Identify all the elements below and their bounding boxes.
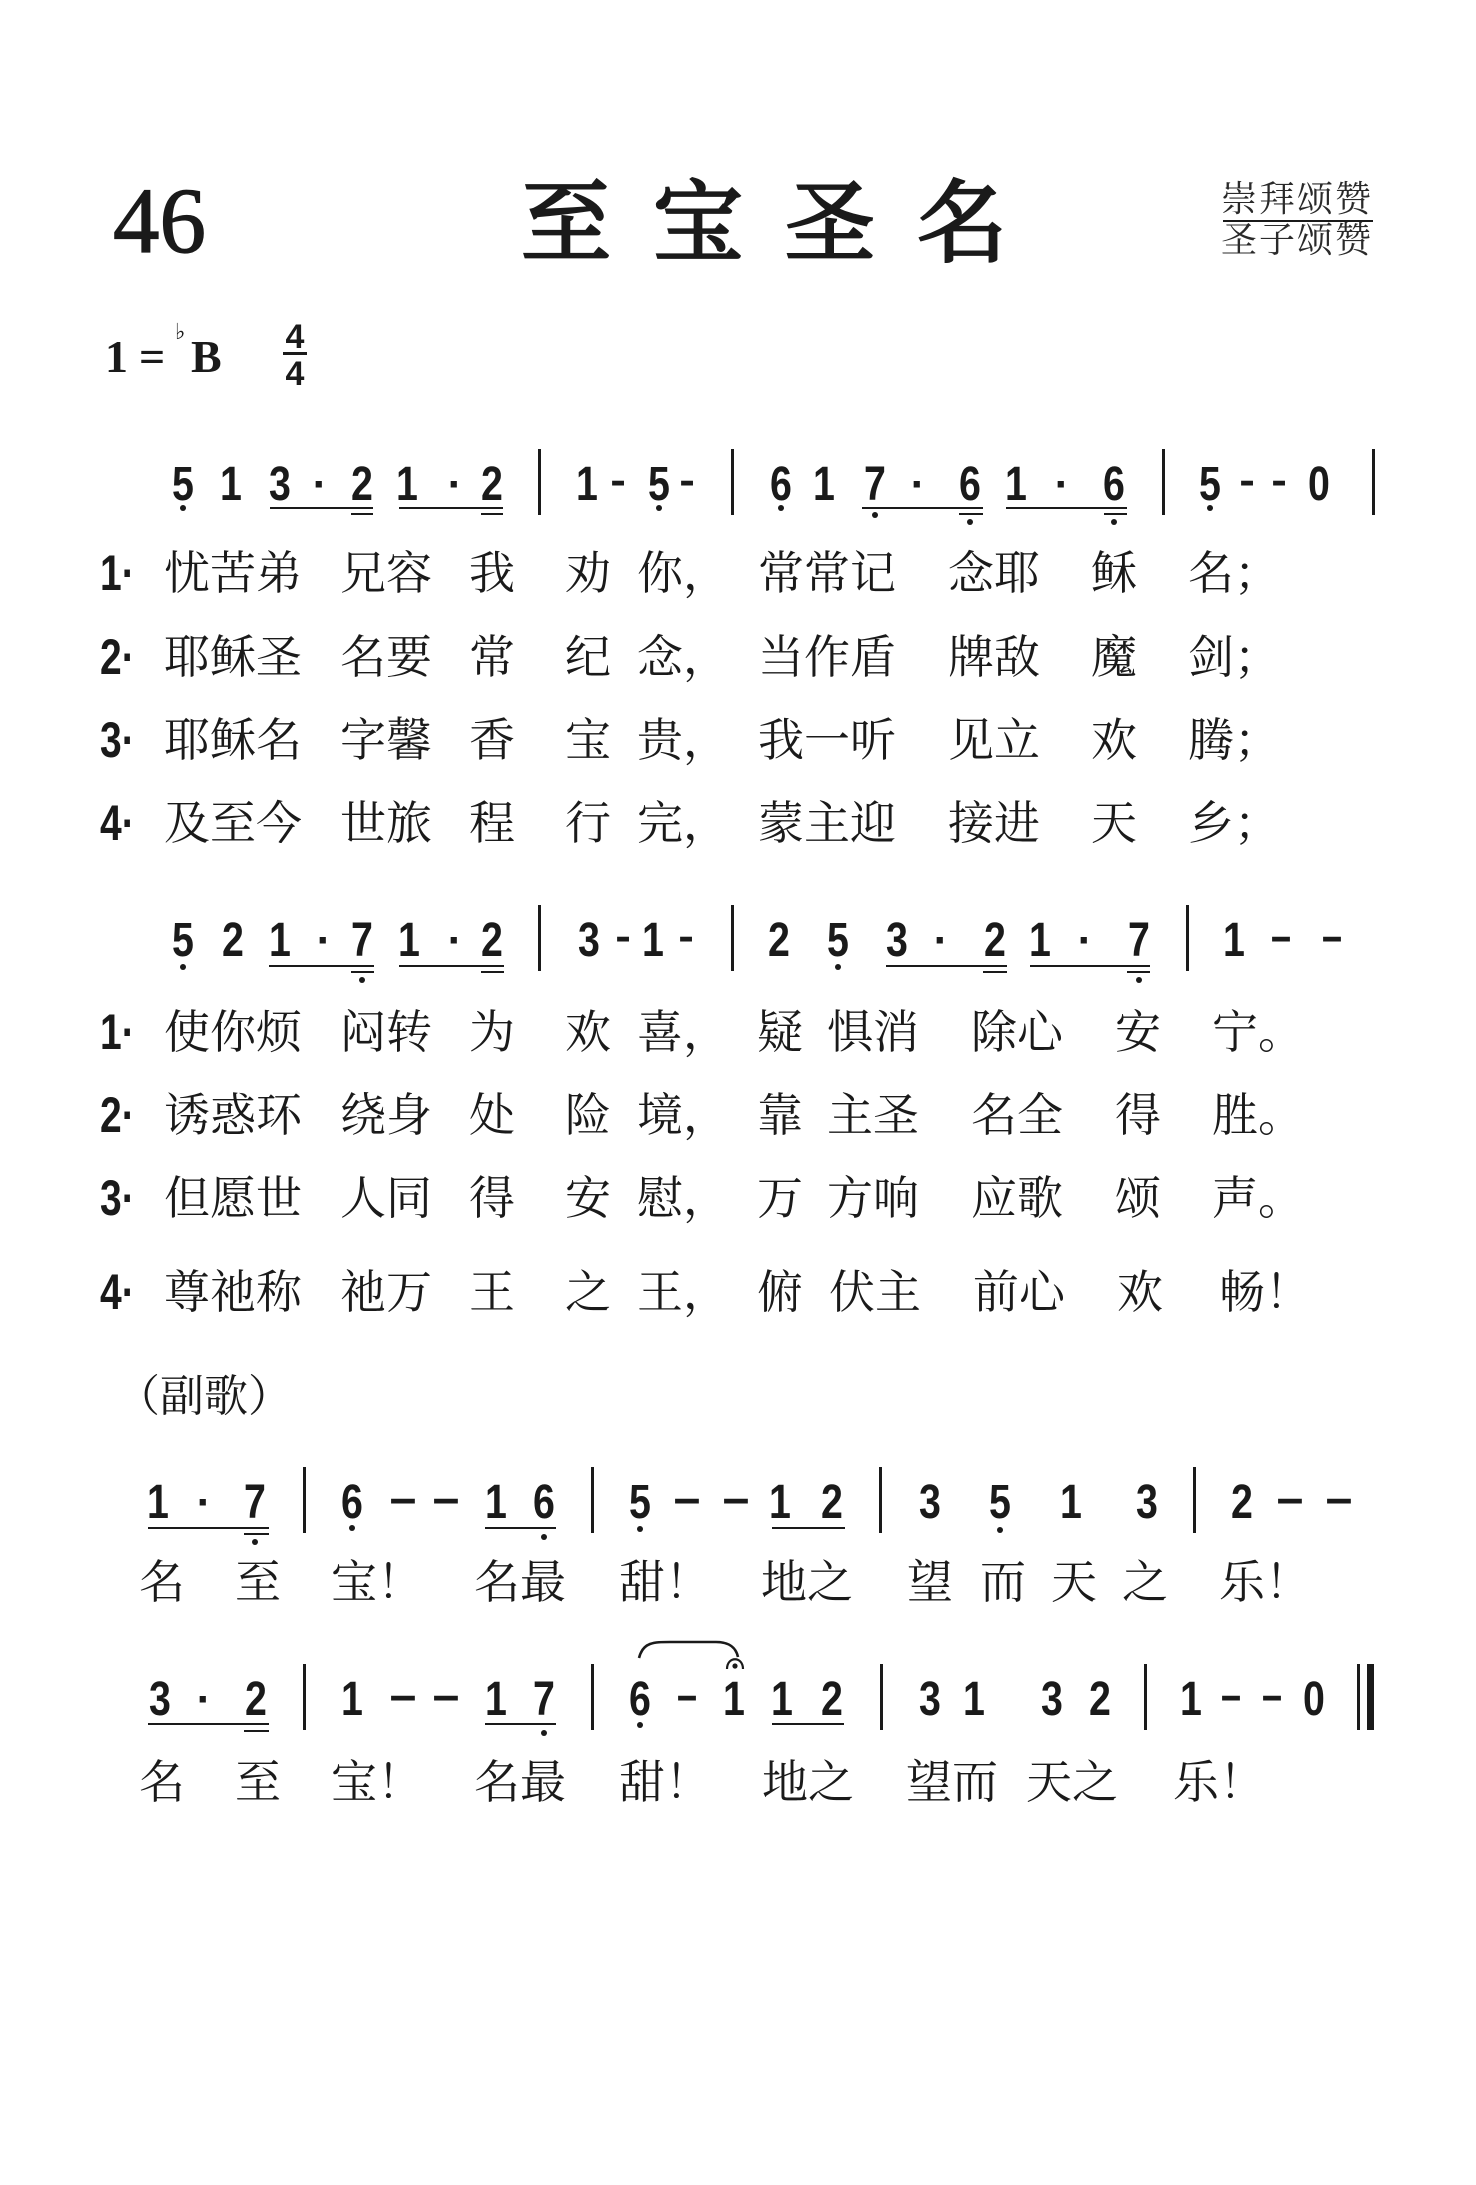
dash: – xyxy=(1261,1672,1284,1720)
lyric-word: 名 xyxy=(139,1559,185,1605)
hymn-number: 46 xyxy=(113,175,206,268)
source-primary: 崇拜颂赞 xyxy=(1221,182,1373,218)
lyric-word: 宁。 xyxy=(1212,1009,1304,1055)
lyric-word: 除心 xyxy=(971,1009,1063,1055)
note: 1 xyxy=(575,461,600,509)
lyric-word: 欢 xyxy=(565,1009,611,1055)
lyric-word: 名 xyxy=(139,1759,185,1805)
dash: – xyxy=(616,913,631,961)
notation-row-chorus-1: 1 · 7 6 – – 1 6 5 – – 1 2 3 5 1 3 2 – – xyxy=(0,1479,1476,1527)
lyric-word: 香 xyxy=(469,717,515,763)
lyric-word: 耶稣圣 xyxy=(164,634,302,680)
note: 1 xyxy=(395,461,420,509)
lyric-word: 名最 xyxy=(474,1559,566,1605)
lyric-word: 俯 xyxy=(757,1269,803,1315)
sixteenth-underline xyxy=(244,1730,269,1732)
eighth-underline xyxy=(399,507,503,509)
note: 2 xyxy=(1088,1676,1113,1724)
lyric-word: 惧消 xyxy=(827,1009,919,1055)
lyric-word: 宝！ xyxy=(331,1559,423,1605)
note: 1 xyxy=(1222,917,1247,965)
low-octave-dot xyxy=(637,1722,643,1728)
lyric-word: 应歌 xyxy=(971,1175,1063,1221)
lyric-word: 牌敌 xyxy=(948,634,1040,680)
lyric-word: 字馨 xyxy=(340,717,432,763)
note: 3 xyxy=(577,917,602,965)
lyric-word: 甜！ xyxy=(619,1759,711,1805)
low-octave-dot xyxy=(359,977,365,983)
lyric-word: 得 xyxy=(1115,1092,1161,1138)
lyric-line-verse-3: 3· 但愿世 人同 得 安 慰， 万 方响 应歌 颂 声。 xyxy=(0,1175,1476,1221)
barline xyxy=(303,1664,306,1730)
verse-number: 2· xyxy=(100,632,135,682)
barline xyxy=(731,905,734,971)
low-octave-dot xyxy=(656,505,662,511)
dash: – xyxy=(431,1475,461,1523)
note: 5 xyxy=(826,917,851,965)
lyric-word: 忧苦弟 xyxy=(164,550,302,596)
augmentation-dot: · xyxy=(1070,917,1100,965)
eighth-underline xyxy=(399,965,504,967)
key-do: 1 xyxy=(105,334,128,380)
dash: – xyxy=(676,1672,699,1720)
notation-row-verse-1: 5 1 3 · 2 1 · 2 1 – 5 – 6 1 7 · 6 1 · 6 … xyxy=(0,461,1476,509)
lyric-word: 稣 xyxy=(1091,550,1137,596)
dash: – xyxy=(679,913,694,961)
eighth-underline xyxy=(772,1723,844,1725)
barline xyxy=(1186,905,1189,971)
note: 1 xyxy=(768,1479,793,1527)
lyric-line-chorus-2: 名 至 宝！ 名最 甜！ 地之 望而 天之 乐！ xyxy=(0,1759,1476,1805)
low-octave-dot xyxy=(180,505,186,511)
lyric-word: 安 xyxy=(565,1175,611,1221)
lyric-word: 甜！ xyxy=(619,1559,711,1605)
low-octave-dot xyxy=(1207,505,1213,511)
barline xyxy=(303,1467,306,1533)
lyric-word: 我 xyxy=(469,550,515,596)
low-octave-dot xyxy=(349,1525,355,1531)
lyric-word: 名全 xyxy=(971,1092,1063,1138)
note: 7 xyxy=(350,917,375,965)
dash: – xyxy=(431,1672,461,1720)
lyric-word: 望 xyxy=(907,1559,953,1605)
lyric-word: 乡； xyxy=(1188,800,1280,846)
lyric-line-verse-2: 2· 诱惑环 绕身 处 险 境， 靠 主圣 名全 得 胜。 xyxy=(0,1092,1476,1138)
sixteenth-underline xyxy=(481,971,504,973)
lyric-word: 腾； xyxy=(1188,717,1280,763)
note: 7 xyxy=(243,1479,268,1527)
verse-number: 3· xyxy=(100,715,135,765)
eighth-underline xyxy=(886,965,1007,967)
barline xyxy=(1193,1467,1196,1533)
note: 3 xyxy=(918,1676,943,1724)
dash: – xyxy=(1324,1475,1354,1523)
note: 5 xyxy=(988,1479,1013,1527)
lyric-word: 前心 xyxy=(973,1269,1065,1315)
lyric-word: 名； xyxy=(1188,550,1280,596)
lyric-word: 见立 xyxy=(948,717,1040,763)
lyric-line-verse-3: 3· 耶稣名 字馨 香 宝 贵， 我一听 见立 欢 腾； xyxy=(0,717,1476,763)
note: 2 xyxy=(480,917,505,965)
note: 1 xyxy=(397,917,422,965)
final-barline-thin xyxy=(1357,1664,1360,1730)
note: 1 xyxy=(219,461,244,509)
time-denominator: 4 xyxy=(283,357,307,391)
dash: – xyxy=(1240,457,1255,505)
sixteenth-underline xyxy=(481,513,503,515)
dash: – xyxy=(1270,913,1293,961)
low-octave-dot xyxy=(541,1730,547,1736)
low-octave-dot xyxy=(997,1527,1003,1533)
low-octave-dot xyxy=(541,1534,547,1540)
lyric-line-chorus-1: 名 至 宝！ 名最 甜！ 地之 望 而 天 之 乐！ xyxy=(0,1559,1476,1605)
lyric-line-verse-4: 4· 尊祂称 祂万 王 之 王， 俯 伏主 前心 欢 畅！ xyxy=(0,1269,1476,1315)
lyric-word: 处 xyxy=(469,1092,515,1138)
lyric-word: 欢 xyxy=(1091,717,1137,763)
lyric-word: 天之 xyxy=(1026,1759,1118,1805)
augmentation-dot: · xyxy=(1047,461,1077,509)
lyric-word: 常 xyxy=(469,634,515,680)
sixteenth-underline xyxy=(959,513,983,515)
note: 3 xyxy=(885,917,910,965)
dash: – xyxy=(388,1672,418,1720)
lyric-word: 耶稣名 xyxy=(164,717,302,763)
lyric-word: 我一听 xyxy=(758,717,896,763)
dash: – xyxy=(672,1475,702,1523)
note: 3 xyxy=(148,1676,173,1724)
sixteenth-underline xyxy=(351,513,373,515)
barline xyxy=(538,905,541,971)
barline xyxy=(591,1467,594,1533)
eighth-underline xyxy=(270,507,373,509)
lyric-word: 接进 xyxy=(948,800,1040,846)
note: 6 xyxy=(958,461,983,509)
note: 2 xyxy=(820,1676,845,1724)
note: 3 xyxy=(918,1479,943,1527)
augmentation-dot: · xyxy=(903,461,933,509)
lyric-word: 乐！ xyxy=(1173,1759,1265,1805)
barline xyxy=(731,449,734,515)
lyric-word: 颂 xyxy=(1115,1175,1161,1221)
dash: – xyxy=(1220,1672,1243,1720)
note: 1 xyxy=(812,461,837,509)
lyric-line-verse-1: 1· 使你烦 闷转 为 欢 喜， 疑 惧消 除心 安 宁。 xyxy=(0,1009,1476,1055)
verse-number: 4· xyxy=(100,798,135,848)
note: 1 xyxy=(146,1479,171,1527)
lyric-word: 至 xyxy=(235,1559,281,1605)
note: 7 xyxy=(532,1676,557,1724)
lyric-word: 魔 xyxy=(1091,634,1137,680)
sixteenth-underline xyxy=(351,971,374,973)
lyric-word: 境， xyxy=(637,1092,729,1138)
sixteenth-underline xyxy=(1104,513,1127,515)
note-with-fermata: 1 xyxy=(722,1676,747,1724)
low-octave-dot xyxy=(1136,977,1142,983)
eighth-underline xyxy=(485,1527,556,1529)
barline xyxy=(591,1664,594,1730)
dash: – xyxy=(1275,1475,1305,1523)
lyric-word: 祂万 xyxy=(340,1269,432,1315)
lyric-word: 闷转 xyxy=(340,1009,432,1055)
eighth-underline xyxy=(148,1723,269,1725)
low-octave-dot xyxy=(967,519,973,525)
lyric-word: 名要 xyxy=(340,634,432,680)
lyric-line-verse-2: 2· 耶稣圣 名要 常 纪 念， 当作盾 牌敌 魔 剑； xyxy=(0,634,1476,680)
lyric-word: 纪 xyxy=(565,634,611,680)
lyric-word: 万 xyxy=(757,1175,803,1221)
sixteenth-underline xyxy=(244,1533,269,1535)
low-octave-dot xyxy=(1111,519,1117,525)
lyric-word: 行 xyxy=(565,800,611,846)
lyric-word: 程 xyxy=(469,800,515,846)
eighth-underline xyxy=(148,1527,269,1529)
dash: – xyxy=(388,1475,418,1523)
eighth-underline xyxy=(1006,507,1127,509)
note: 2 xyxy=(820,1479,845,1527)
note: 3 xyxy=(1135,1479,1160,1527)
note: 3 xyxy=(1040,1676,1065,1724)
barline xyxy=(538,449,541,515)
flat-icon: ♭ xyxy=(175,322,185,344)
note: 1 xyxy=(770,1676,795,1724)
verse-number: 1· xyxy=(100,548,135,598)
note: 1 xyxy=(962,1676,987,1724)
lyric-word: 之 xyxy=(1122,1559,1168,1605)
lyric-word: 望而 xyxy=(906,1759,998,1805)
lyric-word: 你， xyxy=(637,550,729,596)
low-octave-dot xyxy=(180,964,186,970)
note: 5 xyxy=(647,461,672,509)
lyric-word: 宝 xyxy=(565,717,611,763)
lyric-word: 人同 xyxy=(340,1175,432,1221)
verse-number: 1· xyxy=(100,1007,135,1057)
key-name: B xyxy=(191,334,222,380)
sixteenth-underline xyxy=(1127,971,1150,973)
augmentation-dot: · xyxy=(189,1479,219,1527)
final-barline-thick xyxy=(1367,1664,1374,1730)
lyric-word: 王， xyxy=(637,1269,729,1315)
rest: 0 xyxy=(1302,1676,1327,1724)
lyric-word: 念耶 xyxy=(948,550,1040,596)
low-octave-dot xyxy=(872,512,878,518)
note: 7 xyxy=(863,461,888,509)
verse-number: 4· xyxy=(100,1267,135,1317)
lyric-word: 安 xyxy=(1115,1009,1161,1055)
lyric-word: 欢 xyxy=(1117,1269,1163,1315)
note: 2 xyxy=(221,917,246,965)
eighth-underline xyxy=(269,965,374,967)
note: 7 xyxy=(1127,917,1152,965)
note: 1 xyxy=(484,1479,509,1527)
lyric-word: 伏主 xyxy=(829,1269,921,1315)
note: 1 xyxy=(484,1676,509,1724)
lyric-word: 疑 xyxy=(757,1009,803,1055)
note: 1 xyxy=(1059,1479,1084,1527)
lyric-word: 但愿世 xyxy=(164,1175,302,1221)
lyric-word: 喜， xyxy=(637,1009,729,1055)
note: 2 xyxy=(1230,1479,1255,1527)
note: 2 xyxy=(983,917,1008,965)
lyric-word: 声。 xyxy=(1212,1175,1304,1221)
verse-number: 3· xyxy=(100,1173,135,1223)
note: 6 xyxy=(769,461,794,509)
note: 6 xyxy=(628,1676,653,1724)
lyric-line-verse-1: 1· 忧苦弟 兄容 我 劝 你， 常常记 念耶 稣 名； xyxy=(0,550,1476,596)
notation-row-verse-2: 5 2 1 · 7 1 · 2 3 – 1 – 2 5 3 · 2 1 · 7 … xyxy=(0,917,1476,965)
eighth-underline xyxy=(485,1723,556,1725)
lyric-word: 宝！ xyxy=(331,1759,423,1805)
note: 2 xyxy=(350,461,375,509)
lyric-word: 至 xyxy=(235,1759,281,1805)
eighth-underline xyxy=(1030,965,1150,967)
notation-row-chorus-2: 3 · 2 1 – – 1 7 6 – 1 1 2 3 1 3 2 1 – – … xyxy=(0,1676,1476,1724)
barline xyxy=(880,1664,883,1730)
note: 6 xyxy=(1102,461,1127,509)
source-secondary: 圣子颂赞 xyxy=(1221,223,1373,259)
lyric-word: 劝 xyxy=(565,550,611,596)
augmentation-dot: · xyxy=(440,917,470,965)
lyric-word: 蒙主迎 xyxy=(758,800,896,846)
low-octave-dot xyxy=(835,964,841,970)
note: 5 xyxy=(171,461,196,509)
note: 1 xyxy=(268,917,293,965)
rest: 0 xyxy=(1307,461,1332,509)
note: 5 xyxy=(171,917,196,965)
lyric-word: 而 xyxy=(980,1559,1026,1605)
lyric-word: 世旅 xyxy=(340,800,432,846)
note: 2 xyxy=(244,1676,269,1724)
chorus-label: （副歌） xyxy=(116,1375,292,1419)
note: 1 xyxy=(1179,1676,1204,1724)
lyric-word: 天 xyxy=(1091,800,1137,846)
lyric-word: 畅！ xyxy=(1219,1269,1311,1315)
lyric-word: 诱惑环 xyxy=(164,1092,302,1138)
lyric-word: 绕身 xyxy=(340,1092,432,1138)
note: 2 xyxy=(480,461,505,509)
lyric-word: 名最 xyxy=(474,1759,566,1805)
note: 2 xyxy=(767,917,792,965)
lyric-word: 当作盾 xyxy=(758,634,896,680)
slur-fermata-icon xyxy=(630,1636,755,1676)
barline xyxy=(1162,449,1165,515)
lyric-word: 兄容 xyxy=(340,550,432,596)
lyric-word: 念， xyxy=(637,634,729,680)
barline xyxy=(1372,449,1375,515)
augmentation-dot: · xyxy=(309,917,339,965)
low-octave-dot xyxy=(252,1539,258,1545)
dash: – xyxy=(680,457,695,505)
lyric-word: 之 xyxy=(565,1269,611,1315)
note: 6 xyxy=(340,1479,365,1527)
augmentation-dot: · xyxy=(189,1676,219,1724)
low-octave-dot xyxy=(637,1526,643,1532)
lyric-word: 天 xyxy=(1051,1559,1097,1605)
note: 1 xyxy=(641,917,666,965)
lyric-word: 慰， xyxy=(637,1175,729,1221)
barline xyxy=(879,1467,882,1533)
lyric-word: 方响 xyxy=(827,1175,919,1221)
lyric-word: 得 xyxy=(469,1175,515,1221)
note: 1 xyxy=(1004,461,1029,509)
lyric-line-verse-4: 4· 及至今 世旅 程 行 完， 蒙主迎 接进 天 乡； xyxy=(0,800,1476,846)
lyric-word: 王 xyxy=(469,1269,515,1315)
lyric-word: 主圣 xyxy=(827,1092,919,1138)
barline xyxy=(1144,1664,1147,1730)
lyric-word: 乐！ xyxy=(1219,1559,1311,1605)
lyric-word: 常常记 xyxy=(758,550,896,596)
augmentation-dot: · xyxy=(926,917,956,965)
time-numerator: 4 xyxy=(283,320,307,354)
eighth-underline xyxy=(772,1527,845,1529)
dash: – xyxy=(611,457,626,505)
lyric-word: 及至今 xyxy=(164,800,302,846)
eighth-underline xyxy=(862,507,983,509)
augmentation-dot: · xyxy=(305,461,335,509)
hymn-title: 至宝圣名 xyxy=(521,178,1049,268)
dash: – xyxy=(721,1475,751,1523)
lyric-word: 靠 xyxy=(757,1092,803,1138)
lyric-word: 剑； xyxy=(1188,634,1280,680)
dash: – xyxy=(1321,913,1344,961)
dash: – xyxy=(1272,457,1287,505)
lyric-word: 地之 xyxy=(762,1759,854,1805)
lyric-word: 完， xyxy=(637,800,729,846)
note: 1 xyxy=(340,1676,365,1724)
lyric-word: 胜。 xyxy=(1212,1092,1304,1138)
note: 3 xyxy=(268,461,293,509)
key-equals: = xyxy=(139,334,165,380)
lyric-word: 地之 xyxy=(761,1559,853,1605)
verse-number: 2· xyxy=(100,1090,135,1140)
lyric-word: 使你烦 xyxy=(164,1009,302,1055)
lyric-word: 为 xyxy=(469,1009,515,1055)
lyric-word: 贵， xyxy=(637,717,729,763)
sixteenth-underline xyxy=(983,971,1007,973)
lyric-word: 险 xyxy=(565,1092,611,1138)
lyric-word: 尊祂称 xyxy=(164,1269,302,1315)
note: 1 xyxy=(1028,917,1053,965)
augmentation-dot: · xyxy=(440,461,470,509)
note: 5 xyxy=(628,1479,653,1527)
note: 5 xyxy=(1198,461,1223,509)
low-octave-dot xyxy=(778,505,784,511)
note: 6 xyxy=(532,1479,557,1527)
